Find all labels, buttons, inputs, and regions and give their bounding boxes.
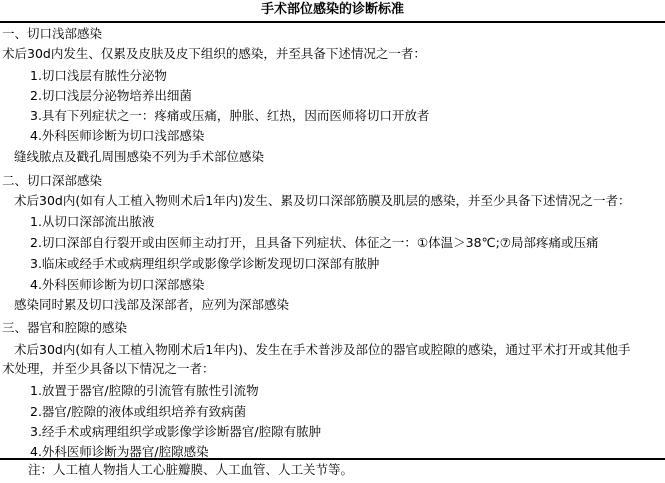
section-2-item-3: 3.临床或经手术或病理组织学或影像学诊断发现切口深部有脓肿 xyxy=(30,256,379,272)
section-2-item-2: 2.切口深部自行裂开或由医师主动打开，且具备下列症状、体征之一：①体温＞38℃;… xyxy=(30,235,599,251)
section-2-intro: 术后30d内(如有人工植入物则术后1年内)发生、累及切口深部筋膜及肌层的感染，并… xyxy=(14,193,631,209)
section-1-item-3: 3.具有下列症状之一：疼痛或压痛，肿胀、红热，因而医师将切口开放者 xyxy=(30,108,429,124)
section-1-intro: 术后30d内发生、仅累及皮肤及皮下组织的感染，并至具备下述情况之一者： xyxy=(2,46,426,62)
section-3-item-3: 3.经手术或病理组织学或影像学诊断器官/腔隙有脓肿 xyxy=(30,424,321,440)
top-rule-divider xyxy=(0,21,665,23)
section-3-heading: 三、器官和腔隙的感染 xyxy=(2,320,127,336)
section-2-item-4: 4.外科医师诊断为切口深部感染 xyxy=(30,277,204,293)
section-1-item-4: 4.外科医师诊断为切口浅部感染 xyxy=(30,128,204,144)
section-2-heading: 二、切口深部感染 xyxy=(2,173,102,189)
section-2-item-1: 1.从切口深部流出脓液 xyxy=(30,214,154,230)
section-1-item-1: 1.切口浅层有脓性分泌物 xyxy=(30,68,167,84)
section-1-item-2: 2.切口浅层分泌物培养出细菌 xyxy=(30,88,192,104)
section-3-intro-line-2: 术处理，并至少具备以下情况之一者： xyxy=(2,361,215,377)
section-1-heading: 一、切口浅部感染 xyxy=(2,26,102,42)
bottom-rule-divider xyxy=(0,458,665,460)
section-3-item-1: 1.放置于器官/腔隙的引流管有脓性引流物 xyxy=(30,383,259,399)
section-3-intro-line-1: 术后30d内(如有人工植入物刚术后1年内)、发生在手术普涉及部位的器官或腔隙的感… xyxy=(14,342,631,358)
section-1-remark: 缝线脓点及戳孔周围感染不列为手术部位感染 xyxy=(14,149,264,165)
section-3-item-2: 2.器官/腔隙的液体或组织培养有致病菌 xyxy=(30,404,246,420)
footnote: 注：人工植人物指人工心脏瓣膜、人工血管、人工关节等。 xyxy=(28,462,353,478)
section-2-remark: 感染同时累及切口浅部及深部者，应列为深部感染 xyxy=(14,297,289,313)
document-title: 手术部位感染的诊断标准 xyxy=(0,0,665,20)
